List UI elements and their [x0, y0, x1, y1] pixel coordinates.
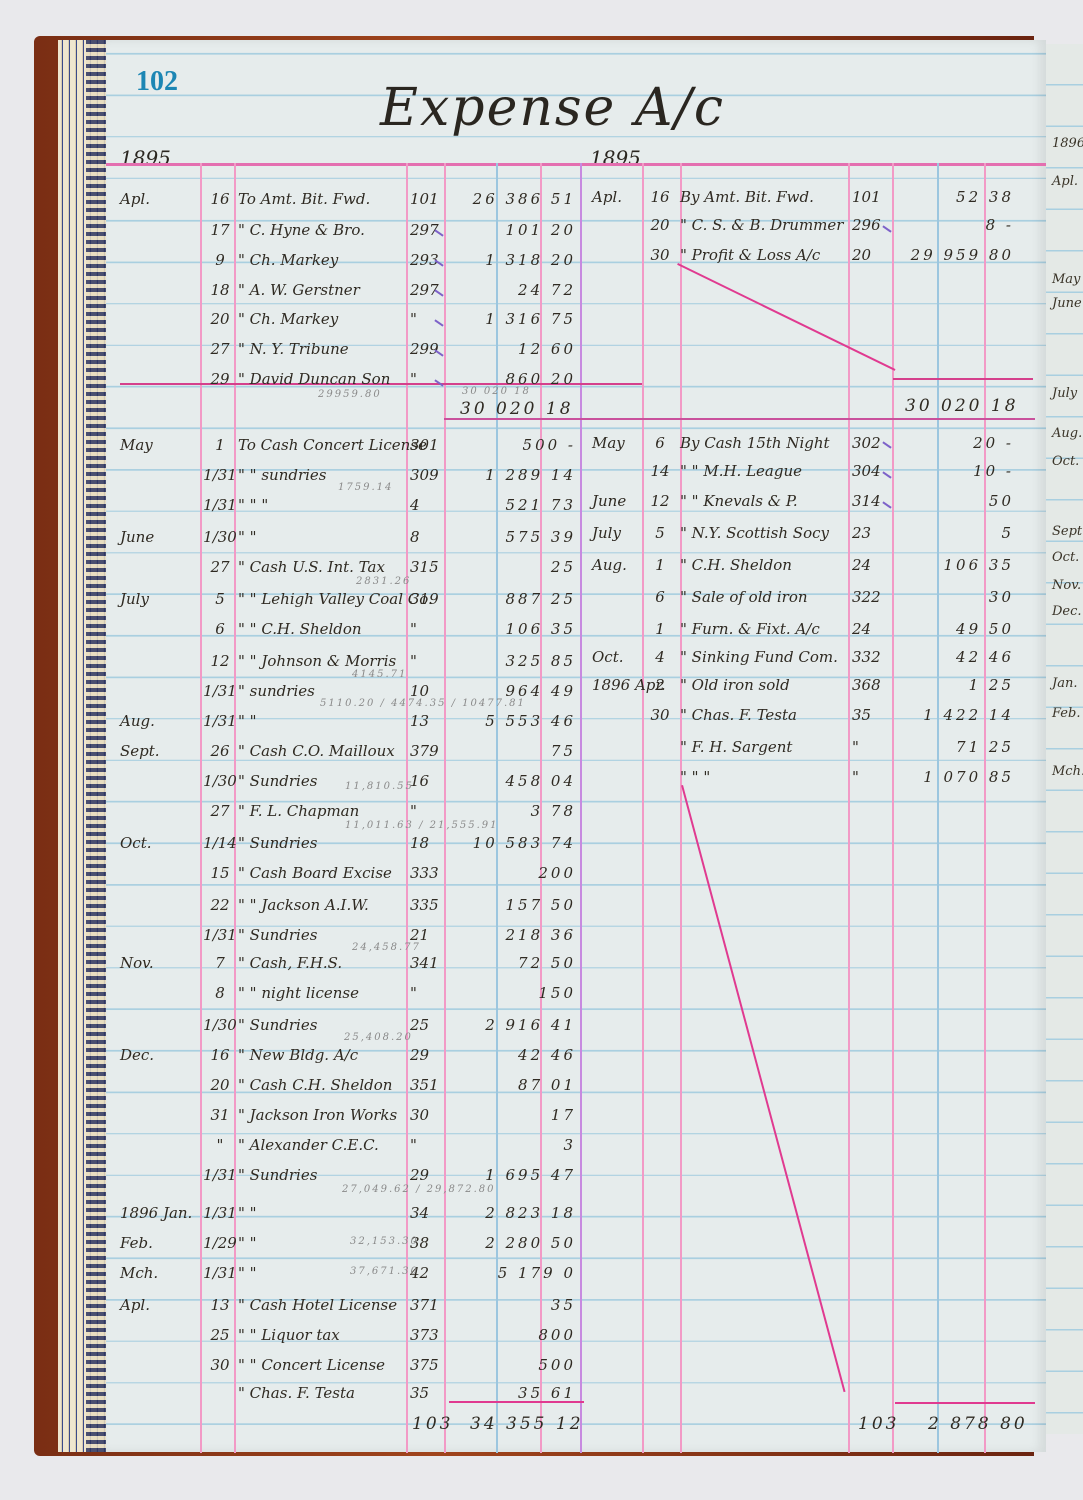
debit-row: June1/30" "8575 39	[120, 528, 580, 554]
pencil-note: 4145.71	[352, 669, 407, 680]
pencil-note: 32,153.30	[350, 1236, 419, 1247]
next-page-month: May	[1052, 272, 1080, 287]
credit-row: 1896 Apr.2" Old iron sold3681 25	[592, 676, 1034, 702]
next-page-month: Jan.	[1052, 676, 1077, 691]
next-page-month: Dec.	[1052, 604, 1082, 619]
pencil-note: 37,671.30	[350, 1266, 419, 1277]
rule-day-cr	[680, 163, 682, 1453]
header-rule	[106, 163, 1046, 166]
credit-subtotal: 30 020 18	[905, 396, 1019, 416]
page-edge-stripe	[86, 40, 106, 1452]
rule-folio-cr	[848, 163, 850, 1453]
debit-row: 1/31" Sundries21218 36	[120, 926, 580, 952]
debit-row: 17" C. Hyne & Bro.297101 20	[120, 221, 580, 247]
next-page-month: Sept.	[1052, 524, 1083, 539]
close-rule-right	[893, 378, 1033, 380]
next-page-month: June	[1052, 296, 1082, 311]
pencil-note: 2831.26	[356, 576, 411, 587]
debit-row: 1896 Jan.1/31" "342 823 18	[120, 1204, 580, 1230]
credit-row: " F. H. Sargent"71 25	[592, 738, 1034, 764]
next-page-month: Feb.	[1052, 706, 1080, 721]
debit-subtotal: 30 020 18	[460, 399, 574, 419]
credit-row: 6" Sale of old iron32230	[592, 588, 1034, 614]
pencil-note: 25,408.20	[344, 1032, 413, 1043]
next-page-sliver	[1040, 44, 1083, 1434]
credit-row: June12" " Knevals & P.31450	[592, 492, 1034, 518]
debit-row: Dec.16" New Bldg. A/c2942 46	[120, 1046, 580, 1072]
next-page-month: Mch.	[1052, 764, 1083, 779]
debit-row: 22" " Jackson A.I.W.335157 50	[120, 896, 580, 922]
credit-total-folio: 103	[858, 1414, 899, 1434]
credit-row: Apl.16By Amt. Bit. Fwd.10152 38	[592, 188, 1034, 214]
debit-row: 31" Jackson Iron Works3017	[120, 1106, 580, 1132]
pencil-note: 27,049.62 / 29,872.80	[342, 1184, 496, 1195]
debit-row: Sept.26" Cash C.O. Mailloux37975	[120, 742, 580, 768]
debit-row: Nov.7" Cash, F.H.S.34172 50	[120, 954, 580, 980]
credit-row: July5" N.Y. Scottish Socy235	[592, 524, 1034, 550]
pencil-note: 24,458.77	[352, 942, 421, 953]
debit-row: 12" " Johnson & Morris"325 85	[120, 652, 580, 678]
debit-row: May1To Cash Concert License301500 -	[120, 436, 580, 462]
credit-row: 20" C. S. & B. Drummer2968 -	[592, 216, 1034, 242]
debit-row: 18" A. W. Gerstner29724 72	[120, 281, 580, 307]
credit-row: Oct.4" Sinking Fund Com.33242 46	[592, 648, 1034, 674]
debit-row: Apl.13" Cash Hotel License37135	[120, 1296, 580, 1322]
page-title: Expense A/c	[380, 78, 725, 138]
debit-row: 15" Cash Board Excise333200	[120, 864, 580, 890]
credit-row: 30" Chas. F. Testa351 422 14	[592, 706, 1034, 732]
debit-row: 9" Ch. Markey2931 318 20	[120, 251, 580, 277]
debit-total: 34 355 12	[470, 1414, 584, 1434]
debit-row: July5" " Lehigh Valley Coal Co.319887 25	[120, 590, 580, 616]
next-page-month: Apl.	[1052, 174, 1078, 189]
debit-row: 6" " C.H. Sheldon"106 35	[120, 620, 580, 646]
debit-row: Oct.1/14" Sundries1810 583 74	[120, 834, 580, 860]
credit-row: 1" Furn. & Fixt. A/c2449 50	[592, 620, 1034, 646]
debit-row: 30" " Concert License375500	[120, 1356, 580, 1382]
pencil-note: 11,011.63 / 21,555.91	[345, 820, 499, 831]
credit-row: Aug.1" C.H. Sheldon24106 35	[592, 556, 1034, 582]
next-page-month: Oct.	[1052, 454, 1079, 469]
debit-row: "" Alexander C.E.C."3	[120, 1136, 580, 1162]
credit-row: 14" " M.H. League30410 -	[592, 462, 1034, 488]
credit-row: May6By Cash 15th Night30220 -	[592, 434, 1034, 460]
next-page-month: July	[1052, 386, 1077, 401]
debit-row: Apl.16To Amt. Bit. Fwd.10126 386 51	[120, 190, 580, 216]
pencil-note: 5110.20 / 4474.35 / 10477.81	[320, 698, 526, 709]
pencil-subtotal: 30 020 18	[462, 386, 531, 397]
debit-row: 27" Cash U.S. Int. Tax31525	[120, 558, 580, 584]
page-number: 102	[136, 66, 178, 98]
pencil-note: 29959.80	[318, 389, 382, 400]
debit-row: 8" " night license"150	[120, 984, 580, 1010]
debit-row: 27" N. Y. Tribune29912 60	[120, 340, 580, 366]
pencil-note: 11,810.55	[345, 781, 414, 792]
year-right: 1895	[590, 146, 641, 170]
debit-row: 1/31" " "4521 73	[120, 496, 580, 522]
debit-total-folio: 103	[412, 1414, 453, 1434]
debit-row: 20" Cash C.H. Sheldon35187 01	[120, 1076, 580, 1102]
rule-center	[580, 163, 582, 1453]
next-page-month: 1896	[1052, 136, 1083, 151]
rule-cents-cr	[984, 163, 986, 1453]
double-rule-right	[580, 418, 1035, 420]
rule-thousands-cr	[937, 163, 939, 1453]
debit-row: " Chas. F. Testa3535 61	[120, 1384, 580, 1410]
debit-row: 25" " Liquor tax373800	[120, 1326, 580, 1352]
rule-date-cr	[642, 163, 644, 1453]
credit-row: " " ""1 070 85	[592, 768, 1034, 794]
pencil-note: 1759.14	[338, 482, 393, 493]
debit-row: Aug.1/31" "135 553 46	[120, 712, 580, 738]
next-page-month: Aug.	[1052, 426, 1082, 441]
rule-amount-cr	[892, 163, 894, 1453]
next-page-month: Nov.	[1052, 578, 1081, 593]
credit-row: 30" Profit & Loss A/c2029 959 80	[592, 246, 1034, 272]
debit-row: 20" Ch. Markey"1 316 75	[120, 310, 580, 336]
close-rule-bottom-right	[895, 1402, 1035, 1404]
credit-total: 2 878 80	[928, 1414, 1028, 1434]
year-left: 1895	[120, 146, 171, 170]
next-page-month: Oct.	[1052, 550, 1079, 565]
